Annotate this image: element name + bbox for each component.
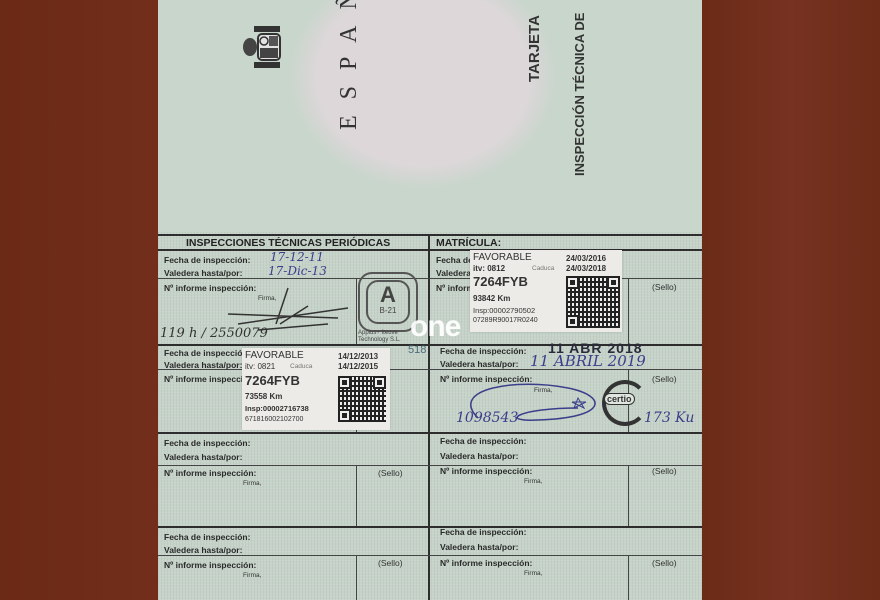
sticker-code: 671816002102700 [245,416,303,423]
watermark-number: 518 [408,344,426,356]
valid-until-label: Valedera hasta/por: [164,268,242,278]
sticker-itv: itv: 0821 [245,362,275,371]
valid-until-label: Valedera hasta/por: [164,545,242,555]
signature-label: Firma, [524,478,542,485]
sticker-insp: Insp:00002716738 [245,404,309,413]
report-number-label: Nº informe inspección: [440,558,532,568]
seal-label: (Sello) [378,468,403,478]
sticker-km: 93842 Km [473,294,510,303]
seal-label: (Sello) [652,466,677,476]
signature-label: Firma, [243,572,261,579]
sticker-plate: 7264FYB [473,274,528,289]
handwritten-valid-until: 17-Dic-13 [268,264,327,278]
sticker-km: 73558 Km [245,392,282,401]
qr-code-icon [338,376,386,422]
spain-coat-of-arms-icon [240,22,294,72]
handwritten-date: 17-12-11 [270,250,324,264]
sticker-date: 14/12/2013 [338,352,378,361]
inspection-date-label: Fecha de inspección: [440,527,526,537]
sticker-expiry: 14/12/2015 [338,362,378,371]
applus-stamp: A B-21 [358,272,418,332]
signature-label: Firma, [524,570,542,577]
seal-label: (Sello) [652,282,677,292]
stamp-code: B-21 [368,306,408,315]
valid-until-label: Valedera hasta/por: [164,360,242,370]
handwritten-extra: 173 Ku [644,410,694,426]
signature-label: Firma, [243,480,261,487]
wooden-table-right [702,0,880,600]
card-cover: ESPAÑA TARJETA INSPECCIÓN TÉCNICA DE [158,0,702,232]
coat-of-arms-watermark [288,0,558,190]
periodic-inspections-header: INSPECCIONES TÉCNICAS PERIÓDICAS [186,237,390,249]
card-title: TARJETA [526,15,543,82]
certio-stamp-label: certio [604,393,635,405]
seal-label: (Sello) [378,558,403,568]
sticker-itv: itv: 0812 [473,264,505,273]
stamp-letter: A [368,284,408,306]
handwritten-report-number: 1098543 [456,410,518,426]
inspection-grid: INSPECCIONES TÉCNICAS PERIÓDICAS MATRÍCU… [158,232,702,600]
sticker-caduca-label: Caduca [532,265,554,272]
card-subtitle: INSPECCIÓN TÉCNICA DE [572,13,587,176]
sticker-expiry: 24/03/2018 [566,264,606,273]
inspection-card: ESPAÑA TARJETA INSPECCIÓN TÉCNICA DE INS… [158,0,702,600]
qr-code-icon [566,276,620,328]
seal-label: (Sello) [652,374,677,384]
one-watermark-logo: one [410,310,460,344]
seal-label: (Sello) [652,558,677,568]
itv-sticker-2013: FAVORABLE 14/12/2013 itv: 0821 Caduca 14… [242,348,390,430]
report-number-label: Nº informe inspección: [164,468,256,478]
signature-scribble [218,284,358,334]
inspection-date-label: Fecha de inspección: [440,346,526,356]
inspection-date-label: Fecha de inspección: [164,438,250,448]
country-title: ESPAÑA [336,0,363,130]
valid-until-label: Valedera hasta/por: [440,451,518,461]
sticker-insp: Insp:00002790502 [473,306,535,315]
sticker-date: 24/03/2016 [566,254,606,263]
report-number-label: Nº informe inspección: [440,466,532,476]
inspection-date-label: Fecha de inspección: [164,532,250,542]
sticker-result: FAVORABLE [245,350,304,361]
report-number-label: Nº informe inspección: [164,560,256,570]
sticker-caduca-label: Caduca [290,363,312,370]
valid-until-label: Valedera hasta/por: [440,542,518,552]
sticker-plate: 7264FYB [245,373,300,388]
itv-sticker-2016: FAVORABLE 24/03/2016 itv: 0812 Caduca 24… [470,250,622,332]
inspection-date-label: Fecha de inspección: [164,255,250,265]
sticker-code: 07289R90017R0240 [473,317,538,324]
plate-header: MATRÍCULA: [436,237,501,249]
valid-until-label: Valedera hasta/por: [164,452,242,462]
inspection-date-label: Fecha de inspección: [164,348,250,358]
inspection-date-label: Fecha de inspección: [440,436,526,446]
sticker-result: FAVORABLE [473,252,532,263]
